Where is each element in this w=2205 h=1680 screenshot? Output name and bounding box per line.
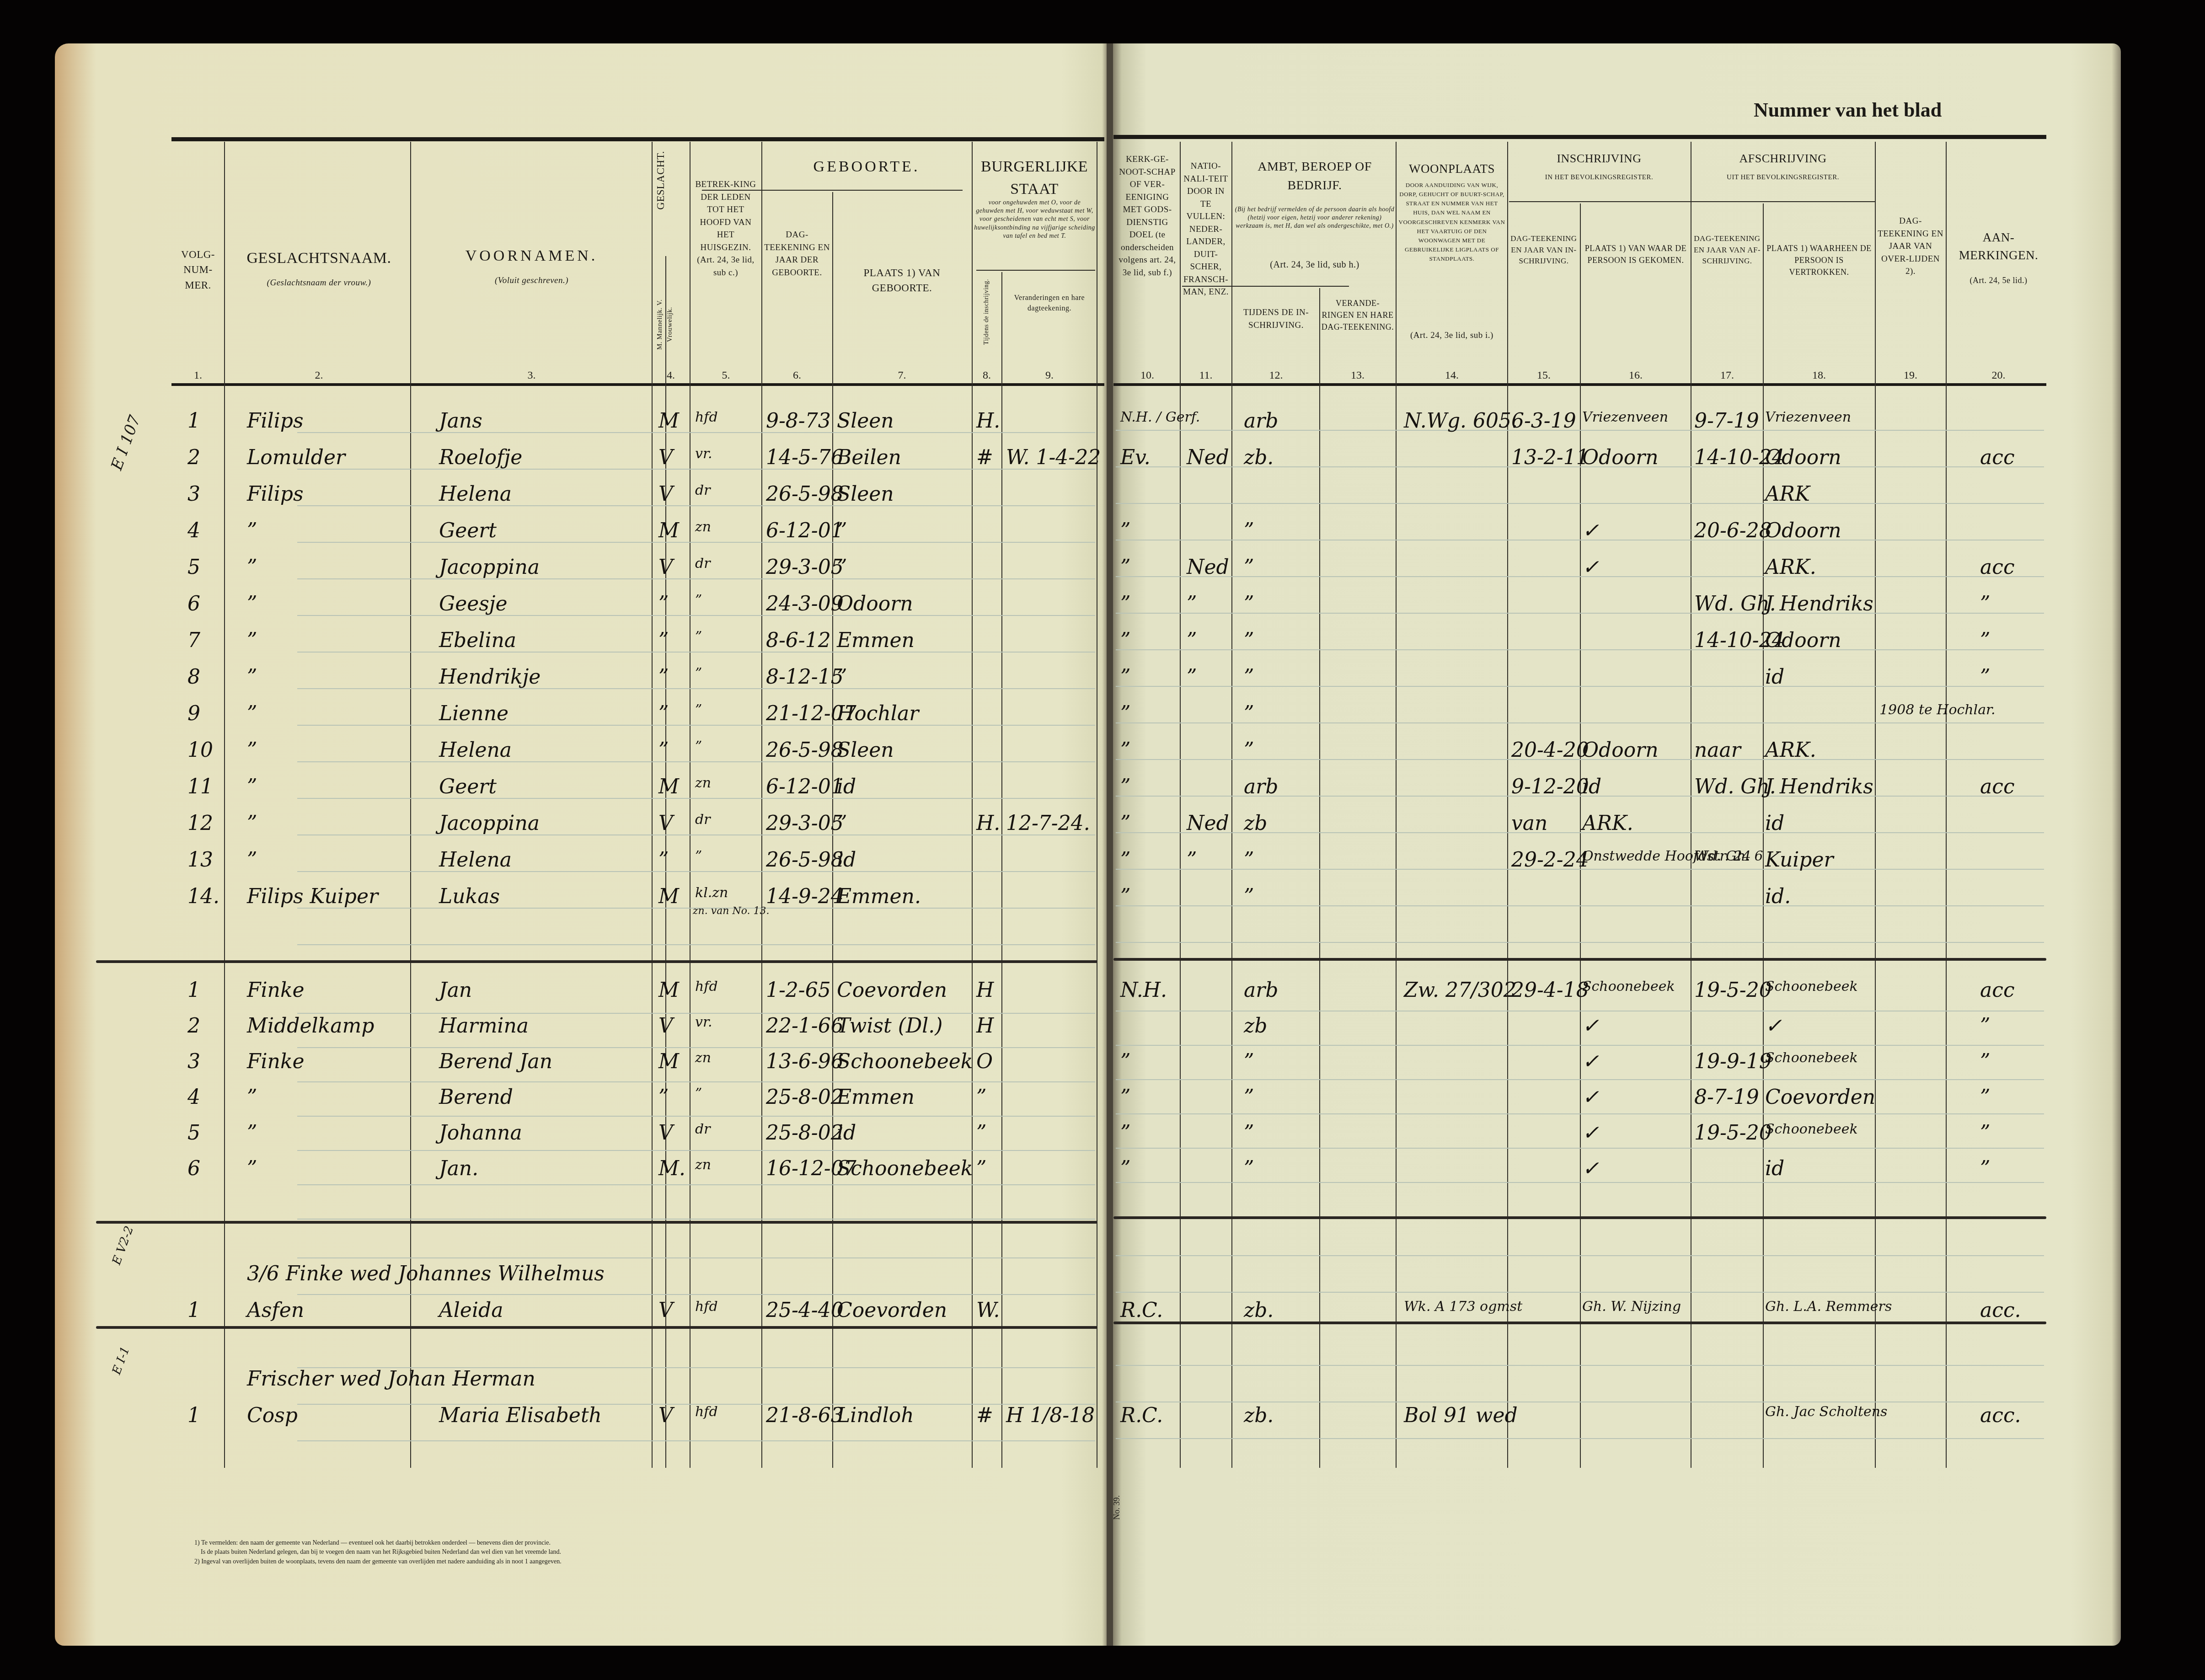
header-geboorteplaats: PLAATS 1) VAN GEBOORTE.	[835, 265, 969, 296]
header-woonplaats-sub: DOOR AANDUIDING VAN WIJK, DORP, GEHUCHT …	[1397, 181, 1506, 263]
cell-place: Sleen	[837, 409, 894, 433]
cell-nr: 1	[187, 1299, 200, 1322]
ruled-line	[1116, 1438, 2044, 1439]
cell-birth: 26-5-98	[766, 482, 844, 506]
col-divider	[1763, 203, 1764, 1468]
cell-given: Geert	[439, 519, 497, 542]
cell-nat: Ned	[1187, 812, 1229, 835]
cell-church: R.C.	[1120, 1299, 1163, 1322]
ruled-line	[297, 652, 1095, 653]
ruled-line	[1116, 1011, 2044, 1011]
sheet-number-title: Nummer van het blad	[1754, 98, 1942, 122]
cell-nat: ”	[1187, 629, 1197, 652]
cell-civil: H.	[976, 409, 1000, 433]
cell-in-from: ✓	[1582, 556, 1599, 579]
cell-surname: ”	[247, 848, 257, 872]
col-divider	[652, 142, 653, 1468]
cell-sex: ”	[658, 702, 669, 725]
cell-given: Lukas	[439, 885, 500, 908]
col-number: 14.	[1397, 369, 1506, 382]
block-header-line: 3/6 Finke wed Johannes Wilhelmus	[247, 1262, 605, 1285]
ruled-line	[297, 871, 1095, 872]
cell-church: ”	[1120, 556, 1131, 579]
cell-nr: 6	[187, 592, 200, 615]
cell-in-from: Vriezenveen	[1582, 409, 1668, 425]
cell-rel: ”	[695, 592, 702, 608]
cell-note: ”	[1980, 629, 1991, 652]
cell-occ: arb	[1244, 775, 1278, 798]
cell-birth: 26-5-98	[766, 738, 844, 762]
cell-occ: ”	[1244, 592, 1254, 615]
cell-civil: ”	[976, 1086, 987, 1109]
cell-out-to: ARK.	[1765, 738, 1816, 762]
cell-occ: ”	[1244, 885, 1254, 908]
cell-birth: 1-2-65	[766, 979, 831, 1002]
cell-church: ”	[1120, 702, 1131, 725]
cell-occ: ”	[1244, 702, 1254, 725]
cell-birth: 6-12-01	[766, 519, 844, 542]
cell-out-to: ARK.	[1765, 556, 1816, 579]
col-number: 8.	[973, 369, 1001, 382]
cell-in-date: 13-2-11	[1511, 446, 1589, 469]
ruled-line	[1116, 1365, 2044, 1366]
cell-sex: ”	[658, 665, 669, 689]
cell-occ: ”	[1244, 1121, 1254, 1145]
cell-out-date: 19-5-20	[1694, 979, 1772, 1002]
cell-civil-change: H 1/8-18	[1006, 1404, 1095, 1427]
cell-church: N.H. / Gerf.	[1120, 409, 1193, 425]
cell-birth: 29-3-05	[766, 812, 844, 835]
cell-rel: vr.	[695, 446, 712, 462]
header-ambt-veranderingen: VERANDE-RINGEN EN HARE DAG-TEEKENING.	[1321, 297, 1395, 333]
cell-rel: zn	[695, 1050, 711, 1066]
cell-place: ”	[837, 665, 847, 689]
cell-sex: V	[658, 1404, 673, 1427]
ruled-line	[1116, 540, 2044, 540]
cell-given: Jan.	[439, 1157, 478, 1180]
cell-civil: H	[976, 979, 994, 1002]
cell-sex: M	[658, 885, 679, 908]
col-divider	[761, 142, 762, 1468]
cell-out-to: Coevorden	[1765, 1086, 1875, 1109]
cell-out-date: Wd. Gh. 6	[1694, 848, 1763, 864]
cell-in-from: id	[1582, 775, 1601, 798]
ruled-line	[297, 615, 1095, 616]
cell-note: acc.	[1980, 1404, 2021, 1427]
col-divider	[1001, 272, 1002, 1468]
afschrijving-subrule	[1692, 201, 1875, 202]
cell-sex: V	[658, 812, 673, 835]
cell-occ: ”	[1244, 665, 1254, 689]
cell-given: Helena	[439, 482, 512, 506]
ruled-line	[297, 1013, 1095, 1014]
cell-occ: ”	[1244, 1050, 1254, 1073]
header-geslacht-sub: M. Mannelijk. V. Vrouwelijk.	[655, 284, 675, 366]
ruled-line	[1116, 686, 2044, 687]
cell-in-date: 20-4-20	[1511, 738, 1589, 762]
footnote-2: 2) Ingeval van overlijden buiten de woon…	[194, 1557, 562, 1567]
cell-church: ”	[1120, 665, 1131, 689]
cell-nr: 5	[187, 1121, 200, 1145]
cell-rel: hfd	[695, 409, 718, 425]
cell-birth: 13-6-96	[766, 1050, 844, 1073]
cell-out-date: naar	[1694, 738, 1741, 762]
header-geboorte: GEBOORTE.	[764, 155, 969, 178]
header-volgnummer: VOLG-NUM-MER.	[173, 247, 223, 293]
ruled-line	[1116, 905, 2044, 906]
header-top-rule-right	[1113, 135, 2046, 139]
ruled-line	[297, 1440, 1095, 1441]
ruled-line	[297, 688, 1095, 689]
cell-out-date: 19-9-19	[1694, 1050, 1772, 1073]
header-ambt-tijdens: TIJDENS DE IN-SCHRIJVING.	[1234, 306, 1318, 332]
cell-surname: Finke	[247, 979, 305, 1002]
cell-address: Zw. 27/302	[1404, 979, 1516, 1002]
footnote-1: 1) Te vermelden: den naam der gemeente v…	[194, 1539, 562, 1548]
cell-surname: Lomulder	[247, 446, 345, 469]
col-number: 20.	[1947, 369, 2050, 382]
header-ambt: AMBT, BEROEP OF BEDRIJF.	[1235, 158, 1395, 195]
cell-nr: 3	[187, 1050, 200, 1073]
cell-rel: zn	[695, 519, 711, 535]
ruled-line	[1116, 649, 2044, 650]
cell-out-to: Schoonebeek	[1765, 1121, 1858, 1137]
col-number: 2.	[229, 369, 409, 382]
cell-surname: ”	[247, 775, 257, 798]
book-spine	[1107, 43, 1113, 1646]
cell-surname: ”	[247, 519, 257, 542]
col-number: 16.	[1581, 369, 1690, 382]
cell-birth: 8-12-15	[766, 665, 844, 689]
cell-in-from: Gh. W. Nijzing	[1582, 1299, 1681, 1315]
cell-sex: V	[658, 1299, 673, 1322]
ruled-line	[297, 1294, 1095, 1295]
cell-surname: Asfen	[247, 1299, 304, 1322]
cell-rel: ”	[695, 1086, 702, 1102]
cell-given: Berend	[439, 1086, 513, 1109]
cell-civil-change: W. 1-4-22	[1006, 446, 1101, 469]
cell-out-to: id.	[1765, 885, 1791, 908]
cell-church: Ev.	[1120, 446, 1151, 469]
cell-rel: hfd	[695, 979, 718, 995]
cell-nr: 10	[187, 738, 213, 762]
cell-occ: arb	[1244, 409, 1278, 433]
block-header-line: Frischer wed Johan Herman	[247, 1367, 535, 1391]
cell-out-to: Schoonebeek	[1765, 979, 1858, 995]
header-geslachtsnaam: GESLACHTSNAAM.	[229, 247, 409, 269]
ruled-line	[297, 1081, 1095, 1082]
cell-out-date: 8-7-19	[1694, 1086, 1759, 1109]
cell-given: Lienne	[439, 702, 508, 725]
header-geboorte-datum: DAG-TEEKENING EN JAAR DER GEBOORTE.	[763, 229, 831, 279]
cell-in-from: Odoorn	[1582, 446, 1659, 469]
cell-nr: 5	[187, 556, 200, 579]
ruled-line	[1116, 1148, 2044, 1149]
col-divider	[1946, 142, 1947, 1468]
col-number: 15.	[1509, 369, 1579, 382]
header-kerkgenootschap: KERK-GE-NOOT-SCHAP OF VER-EENIGING MET G…	[1116, 153, 1179, 279]
header-afschrijving-plaats: PLAATS 1) WAARHEEN DE PERSOON IS VERTROK…	[1764, 242, 1874, 278]
cell-birth: 24-3-09	[766, 592, 844, 615]
header-tijdens-inschrijving: Tijdens de inschrijving.	[982, 279, 991, 345]
ruled-line	[1116, 1079, 2044, 1080]
cell-church: R.C.	[1120, 1404, 1163, 1427]
cell-place: ”	[837, 556, 847, 579]
cell-surname: ”	[247, 738, 257, 762]
footnotes: 1) Te vermelden: den naam der gemeente v…	[194, 1539, 562, 1567]
cell-place: id	[837, 1121, 856, 1145]
col-number: 18.	[1764, 369, 1874, 382]
cell-address: N.Wg. 605.	[1404, 409, 1518, 433]
ruled-line	[1116, 722, 2044, 723]
cell-sex: ”	[658, 738, 669, 762]
col-divider	[1180, 142, 1181, 1468]
cell-birth: 25-8-02	[766, 1086, 844, 1109]
cell-nat: ”	[1187, 848, 1197, 872]
cell-place: Sleen	[837, 738, 894, 762]
cell-church: ”	[1120, 519, 1131, 542]
cell-surname: ”	[247, 1086, 257, 1109]
cell-out-to: J Hendriks	[1765, 592, 1873, 615]
cell-occ: zb	[1244, 1014, 1267, 1038]
header-ambt-sub: (Bij het bedrijf vermelden of de persoon…	[1235, 206, 1395, 230]
cell-rel: vr.	[695, 1014, 712, 1030]
cell-nr: 4	[187, 519, 200, 542]
cell-place: Schoonebeek	[837, 1157, 973, 1180]
cell-nr: 11	[187, 775, 213, 798]
cell-out-date: Wd. Gh.	[1694, 775, 1776, 798]
cell-given: Berend Jan	[439, 1050, 552, 1073]
cell-given: Jacoppina	[439, 812, 540, 835]
cell-birth: 22-1-66	[766, 1014, 844, 1038]
cell-place: Emmen.	[837, 885, 921, 908]
cell-occ: zb	[1244, 812, 1267, 835]
col-divider	[1875, 142, 1876, 1468]
cell-sex: V	[658, 556, 673, 579]
ruled-line	[297, 505, 1095, 506]
cell-sex: M	[658, 409, 679, 433]
ruled-line	[1116, 1182, 2044, 1183]
cell-note: ”	[1980, 1157, 1991, 1180]
ruled-line	[297, 761, 1095, 762]
cell-rel: ”	[695, 629, 702, 645]
cell-sex: ”	[658, 1086, 669, 1109]
cell-in-from: ✓	[1582, 1050, 1599, 1073]
cell-place: ”	[837, 812, 847, 835]
cell-out-to: Gh. Jac Scholtens	[1765, 1404, 1887, 1420]
cell-surname: ”	[247, 1121, 257, 1145]
cell-note: ”	[1980, 1086, 1991, 1109]
cell-nr: 2	[187, 446, 200, 469]
cell-rel: dr	[695, 556, 711, 572]
ruled-line	[1116, 613, 2044, 614]
header-afschrijving-sub: UIT HET BEVOLKINGSREGISTER.	[1692, 173, 1874, 183]
cell-church: ”	[1120, 1050, 1131, 1073]
cell-occ: zb.	[1244, 1299, 1274, 1322]
cell-birth: 14-5-76	[766, 446, 844, 469]
cell-church: ”	[1120, 848, 1131, 872]
cell-civil: H	[976, 1014, 994, 1038]
cell-nr: 8	[187, 665, 200, 689]
cell-sex: M	[658, 775, 679, 798]
cell-note: ”	[1980, 1121, 1991, 1145]
cell-sex: M	[658, 519, 679, 542]
cell-civil: #	[976, 446, 993, 469]
cell-surname: Filips Kuiper	[247, 885, 378, 908]
cell-given: Hendrikje	[439, 665, 541, 689]
cell-occ: zb.	[1244, 446, 1274, 469]
cell-occ: ”	[1244, 519, 1254, 542]
cell-given: Jacoppina	[439, 556, 540, 579]
ruled-line	[297, 578, 1095, 579]
cell-in-from: Onstwedde Hoofdstr. 24	[1582, 848, 1706, 864]
col-divider	[224, 142, 225, 1468]
cell-place: Lindloh	[837, 1404, 914, 1427]
cell-given: Jan	[439, 979, 472, 1002]
cell-note: acc	[1980, 446, 2015, 469]
cell-in-from: Schoonebeek	[1582, 979, 1675, 995]
cell-nr: 1	[187, 409, 200, 433]
cell-birth: 21-8-63	[766, 1404, 844, 1427]
ruled-line	[297, 1219, 1095, 1220]
cell-nat: ”	[1187, 592, 1197, 615]
block-separator	[96, 960, 1097, 963]
burgerlijke-subrule	[976, 270, 1095, 271]
col-number: 3.	[414, 369, 649, 382]
block-separator	[1113, 958, 2046, 961]
col-number: 10.	[1116, 369, 1179, 382]
ruled-line	[297, 542, 1095, 543]
cell-surname: Filips	[247, 482, 304, 506]
cell-surname: ”	[247, 592, 257, 615]
cell-given: Maria Elisabeth	[439, 1404, 602, 1427]
header-nationaliteit: NATIO-NALI-TEIT DOOR IN TE VULLEN: NEDER…	[1181, 160, 1231, 299]
cell-occ: ”	[1244, 1086, 1254, 1109]
cell-place: id	[837, 848, 856, 872]
cell-sex: M	[658, 979, 679, 1002]
ruled-line	[1116, 503, 2044, 504]
col-number: 11.	[1181, 369, 1231, 382]
ruled-line	[297, 1116, 1095, 1117]
cell-birth: 25-8-02	[766, 1121, 844, 1145]
cell-place: id	[837, 775, 856, 798]
cell-relation-sub: zn. van No. 13.	[693, 905, 770, 917]
cell-civil: W.	[976, 1299, 1000, 1322]
cell-surname: Finke	[247, 1050, 305, 1073]
cell-out-to: id	[1765, 812, 1784, 835]
cell-sex: V	[658, 1014, 673, 1038]
cell-note: acc	[1980, 979, 2015, 1002]
cell-rel: ”	[695, 702, 702, 718]
ruled-line	[1116, 1255, 2044, 1256]
cell-in-from: Odoorn	[1582, 738, 1659, 762]
cell-given: Geesje	[439, 592, 508, 615]
cell-out-date: 19-5-20	[1694, 1121, 1772, 1145]
col-divider	[1319, 288, 1320, 1468]
header-betrekking: BETREK-KING DER LEDEN TOT HET HOOFD VAN …	[691, 178, 760, 279]
cell-birth: 21-12-07	[766, 702, 848, 725]
cell-given: Helena	[439, 738, 512, 762]
cell-rel: dr	[695, 482, 711, 498]
col-number: 19.	[1876, 369, 1945, 382]
cell-nat: Ned	[1187, 446, 1229, 469]
cell-in-date: 29-4-18	[1511, 979, 1589, 1002]
cell-church: ”	[1120, 1157, 1131, 1180]
cell-out-to: id	[1765, 1157, 1784, 1180]
ruled-line	[297, 798, 1095, 799]
header-geslacht: GESLACHT.	[653, 151, 668, 210]
cell-address: Wk. A 173 ogmst	[1404, 1299, 1522, 1315]
cell-church: ”	[1120, 1086, 1131, 1109]
cell-place: Twist (Dl.)	[837, 1014, 942, 1038]
cell-occ: ”	[1244, 738, 1254, 762]
header-overlijden: DAG-TEEKENING EN JAAR VAN OVER-LIJDEN 2)…	[1876, 215, 1945, 278]
cell-given: Jans	[439, 409, 482, 433]
cell-out-to: Odoorn	[1765, 446, 1841, 469]
cell-in-from: ✓	[1582, 1157, 1599, 1180]
ruled-line	[1116, 1113, 2044, 1114]
cell-place: Sleen	[837, 482, 894, 506]
inschrijving-subrule	[1509, 201, 1692, 202]
ruled-line	[1116, 576, 2044, 577]
cell-surname: ”	[247, 702, 257, 725]
col-number: 5.	[690, 369, 761, 382]
cell-civil: H.	[976, 812, 1000, 835]
cell-surname: ”	[247, 1157, 257, 1180]
cell-sex: ”	[658, 848, 669, 872]
cell-place: Emmen	[837, 629, 915, 652]
cell-birth: 14-9-24	[766, 885, 844, 908]
cell-nat: Ned	[1187, 556, 1229, 579]
col-divider	[972, 142, 973, 1468]
cell-note: acc.	[1980, 1299, 2021, 1322]
cell-given: Ebelina	[439, 629, 516, 652]
header-burgerlijke-sub: voor ongehuwden met O, voor de gehuwden …	[974, 199, 1095, 240]
header-inschrijving-sub: IN HET BEVOLKINGSREGISTER.	[1508, 173, 1690, 183]
cell-church: ”	[1120, 592, 1131, 615]
cell-sex: M	[658, 1050, 679, 1073]
cell-occ: zb.	[1244, 1404, 1274, 1427]
ruled-line	[297, 1150, 1095, 1151]
header-ambt-art: (Art. 24, 3e lid, sub h.)	[1235, 258, 1395, 272]
cell-surname: Filips	[247, 409, 304, 433]
cell-out-to: Gh. L.A. Remmers	[1765, 1299, 1891, 1315]
cell-birth: 9-8-73	[766, 409, 831, 433]
cell-church: ”	[1120, 629, 1131, 652]
cell-place: Hochlar	[837, 702, 919, 725]
cell-address: Bol 91 wed	[1404, 1404, 1518, 1427]
cell-birth: 8-6-12	[766, 629, 831, 652]
ruled-line	[1116, 1402, 2044, 1402]
block-separator	[96, 1221, 1097, 1224]
cell-sex: ”	[658, 592, 669, 615]
cell-surname: ”	[247, 665, 257, 689]
header-woonplaats-art: (Art. 24, 3e lid, sub i.)	[1397, 329, 1506, 342]
cell-place: Odoorn	[837, 592, 913, 615]
cell-rel: zn	[695, 775, 711, 791]
cell-nr: 1	[187, 1404, 200, 1427]
header-voornamen: VOORNAMEN.	[414, 245, 649, 267]
cell-rel: hfd	[695, 1299, 718, 1315]
ruled-line	[297, 1047, 1095, 1048]
footnote-1b: Is de plaats buiten Nederland gelegen, d…	[194, 1548, 562, 1557]
col-number: 12.	[1234, 369, 1318, 382]
cell-note: ”	[1980, 1050, 1991, 1073]
cell-note: acc	[1980, 556, 2015, 579]
col-number: 4.	[653, 369, 689, 382]
cell-given: Aleida	[439, 1299, 503, 1322]
ruled-line	[297, 944, 1095, 945]
